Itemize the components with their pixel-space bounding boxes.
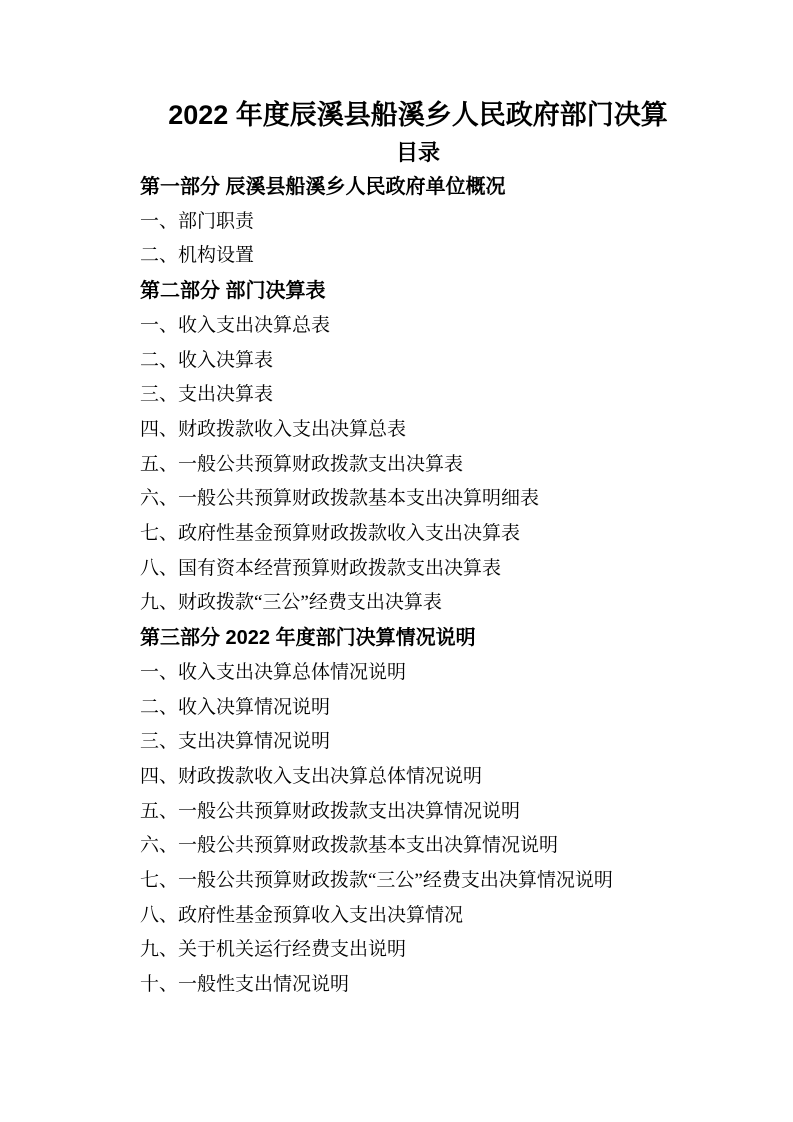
- toc-item: 七、一般公共预算财政拨款“三公”经费支出决算情况说明: [140, 864, 696, 899]
- toc-item: 五、一般公共预算财政拨款支出决算表: [140, 448, 696, 483]
- document-content: 2022 年度辰溪县船溪乡人民政府部门决算 目录 第一部分 辰溪县船溪乡人民政府…: [0, 0, 793, 1003]
- toc-item: 三、支出决算表: [140, 378, 696, 413]
- toc-item: 一、部门职责: [140, 205, 696, 240]
- toc-heading: 目录: [140, 135, 696, 170]
- toc-item: 六、一般公共预算财政拨款基本支出决算明细表: [140, 482, 696, 517]
- document-title: 2022 年度辰溪县船溪乡人民政府部门决算: [140, 95, 696, 135]
- toc-item: 二、收入决算情况说明: [140, 691, 696, 726]
- toc-item: 二、机构设置: [140, 239, 696, 274]
- toc-item: 九、关于机关运行经费支出说明: [140, 933, 696, 968]
- toc-item: 四、财政拨款收入支出决算总表: [140, 413, 696, 448]
- toc-item: 五、一般公共预算财政拨款支出决算情况说明: [140, 795, 696, 830]
- toc-item: 七、政府性基金预算财政拨款收入支出决算表: [140, 517, 696, 552]
- section-2-heading: 第二部分 部门决算表: [140, 274, 696, 309]
- toc-item: 九、财政拨款“三公”经费支出决算表: [140, 586, 696, 621]
- section-1-heading: 第一部分 辰溪县船溪乡人民政府单位概况: [140, 170, 696, 205]
- toc-item: 六、一般公共预算财政拨款基本支出决算情况说明: [140, 829, 696, 864]
- toc-item: 八、国有资本经营预算财政拨款支出决算表: [140, 552, 696, 587]
- document-page: 2022 年度辰溪县船溪乡人民政府部门决算 目录 第一部分 辰溪县船溪乡人民政府…: [0, 0, 793, 1122]
- toc-item: 十、一般性支出情况说明: [140, 968, 696, 1003]
- toc-item: 四、财政拨款收入支出决算总体情况说明: [140, 760, 696, 795]
- toc-item: 一、收入支出决算总表: [140, 309, 696, 344]
- toc-item: 一、收入支出决算总体情况说明: [140, 656, 696, 691]
- toc-item: 二、收入决算表: [140, 344, 696, 379]
- toc-item: 八、政府性基金预算收入支出决算情况: [140, 899, 696, 934]
- section-3-heading: 第三部分 2022 年度部门决算情况说明: [140, 621, 696, 656]
- toc-item: 三、支出决算情况说明: [140, 725, 696, 760]
